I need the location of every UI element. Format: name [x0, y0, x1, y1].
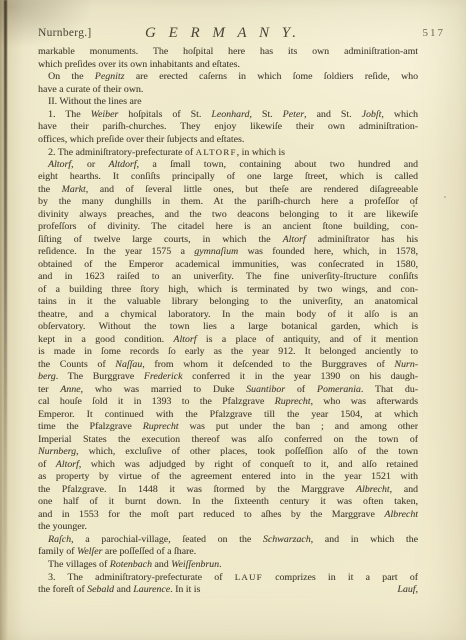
text-line: the Pfalzgrave. In 1448 it was ſtormed b…: [38, 484, 418, 497]
text-line: have a curate of their own.: [38, 84, 418, 97]
text-line: kept in a good condition. Altorf is a pl…: [38, 334, 418, 347]
text-line: the Counts of Naſſau, from whom it deſce…: [38, 359, 418, 372]
text-line: which preſides over its own inhabitants …: [38, 59, 418, 72]
text-line: Emperor. It continued with the Pfalzgrav…: [38, 409, 418, 422]
text-line: profeſſors of divinity. The citadel here…: [38, 221, 418, 234]
text-line: divinity always preaches, and the two de…: [38, 209, 418, 222]
text-line: 1. The Weiber hoſpitals of St. Leonhard,…: [38, 109, 418, 122]
text-line: tains in it the valuable library belongi…: [38, 296, 418, 309]
text-line: of a building three ſtory high, which is…: [38, 284, 418, 297]
text-line: Imperial States the execution thereof wa…: [38, 434, 418, 447]
text-line: The villages of Rotenbach and Weiſſenbru…: [38, 559, 418, 572]
text-line: II. Without the lines are: [38, 96, 418, 109]
text-line: one half of it burnt down. In the ſixtee…: [38, 496, 418, 509]
text-line: Altorf, or Altdorf, a ſmall town, contai…: [38, 159, 418, 172]
text-line: On the Pegnitz are erected caſerns in wh…: [38, 71, 418, 84]
stain-speck: [444, 196, 446, 198]
text-line: ter Anne, who was married to Duke Suanti…: [38, 384, 418, 397]
section-label: Nurnberg.]: [38, 27, 92, 39]
text-line: theatre, and a chymical laboratory. In t…: [38, 309, 418, 322]
text-line: markable monuments. The hoſpital here ha…: [38, 46, 418, 59]
text-line: eight hearths. It conſiſts principally o…: [38, 171, 418, 184]
page-header: Nurnberg.] G E R M A N Y.: [38, 25, 445, 42]
text-line: ſiſting of twelve large courts, in which…: [38, 234, 418, 247]
text-line: have their pariſh-churches. They enjoy l…: [38, 121, 418, 134]
text-line: as property by virtue of the agreement e…: [38, 471, 418, 484]
text-line: 2. The adminiſtratory-prefecturate of AL…: [38, 146, 418, 159]
text-line: is made in ſome records ſo early as the …: [38, 346, 418, 359]
text-line: and in 1623 raiſed to an univerſity. The…: [38, 271, 418, 284]
text-line: time the Pfalzgrave Ruprecht was put und…: [38, 421, 418, 434]
text-line: the younger.: [38, 521, 418, 534]
text-line: 3. The adminiſtratory-prefecturate of LA…: [38, 571, 418, 584]
text-line: obſervatory. Without the town lies a lar…: [38, 321, 418, 334]
page-number: 517: [423, 27, 446, 39]
catchword: Lauf,: [397, 584, 418, 597]
text-line: the Markt, and of ſeveral little ones, b…: [38, 184, 418, 197]
text-line: family of Welſer are poſſeſſed of a ſhar…: [38, 546, 418, 559]
book-page-scan: Nurnberg.] G E R M A N Y. 517 markable m…: [0, 0, 466, 640]
text-line: reſidence. In the year 1575 a gymnaſium …: [38, 246, 418, 259]
text-line: by the many dunghills in them. At the pa…: [38, 196, 418, 209]
text-line: Nurnberg, which, excluſive of other plac…: [38, 446, 418, 459]
binding-shadow-line: [4, 0, 7, 640]
text-line: berg. The Burggrave Frederick conferred …: [38, 371, 418, 384]
text-line: offices, which preſide over their ſubjec…: [38, 134, 418, 147]
text-line: obtained of the Emperor academical immun…: [38, 259, 418, 272]
text-line: Raſch, a parochial-village, ſeated on th…: [38, 534, 418, 547]
text-line: the foreſt of Sebald and Laurence. In it…: [38, 584, 418, 597]
text-line: cal houſe ſold it in 1393 to the Pfalzgr…: [38, 396, 418, 409]
running-title: G E R M A N Y.: [145, 25, 300, 42]
text-line: and in 1553 for the moſt part reduced to…: [38, 509, 418, 522]
text-block: markable monuments. The hoſpital here ha…: [38, 46, 418, 596]
text-line: of Altorf, which was adjudged by right o…: [38, 459, 418, 472]
